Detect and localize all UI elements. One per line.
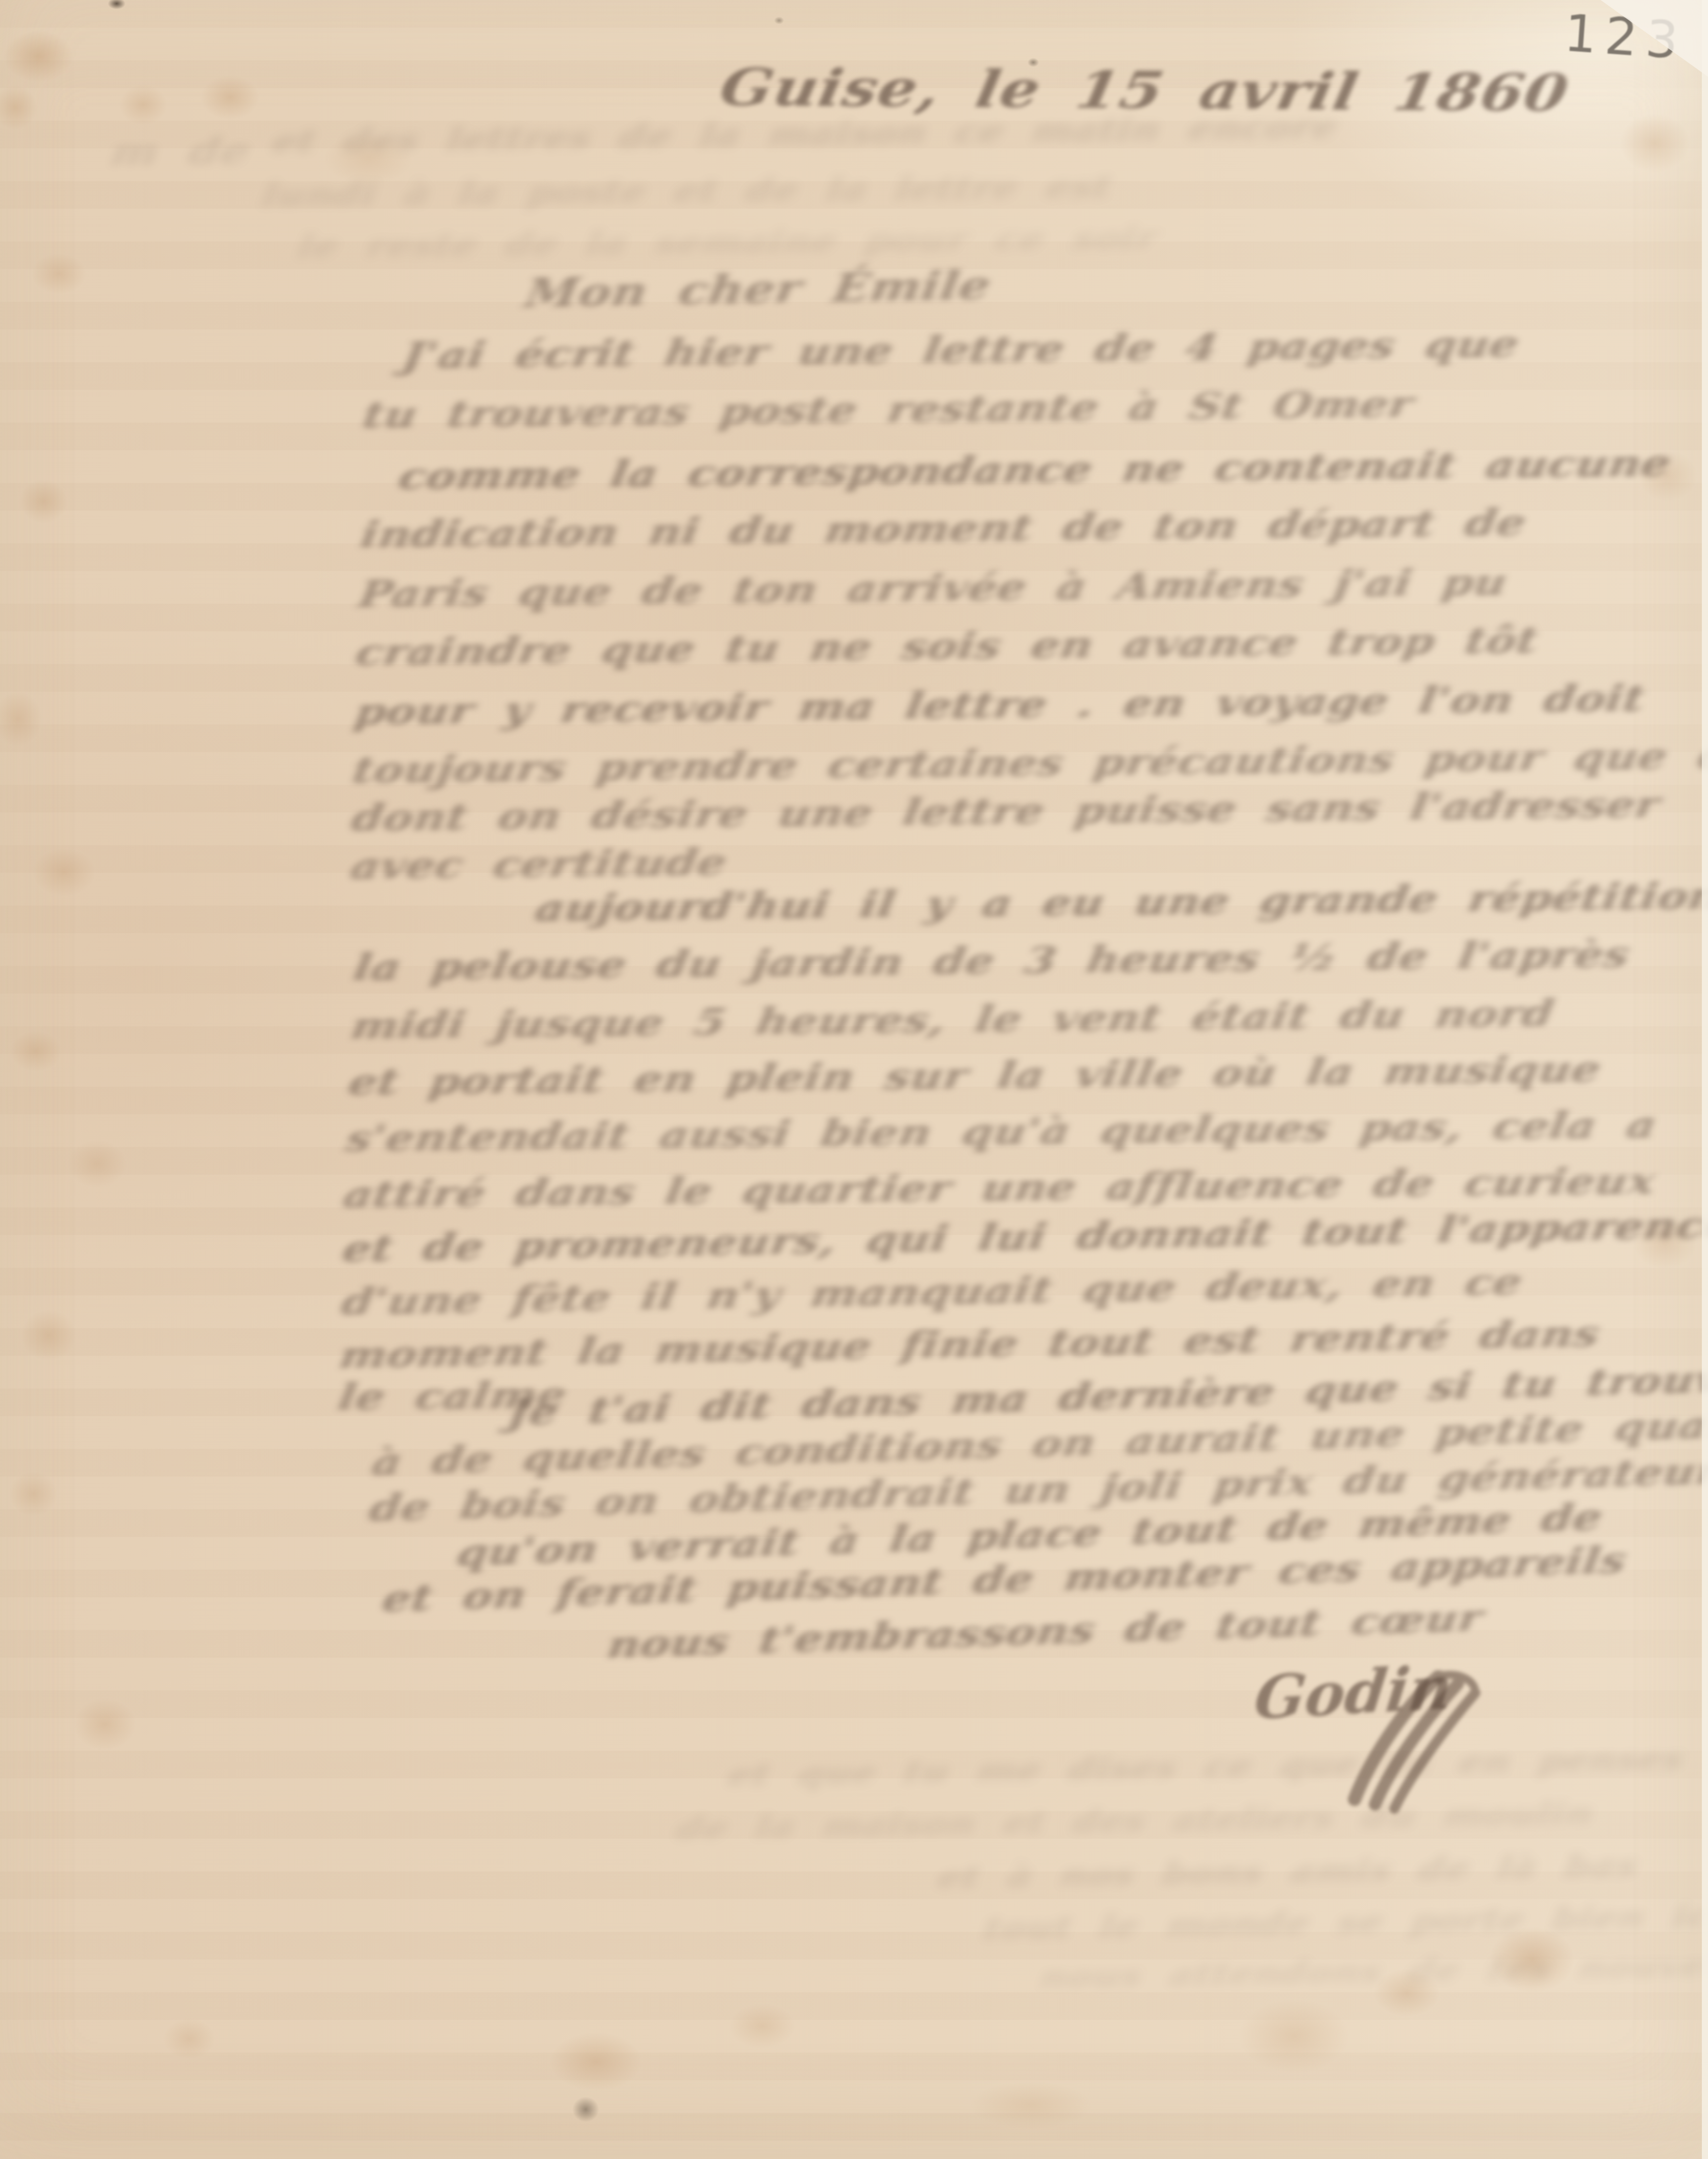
handwriting-line: et que tu me dises ce que tu en penses xyxy=(726,1741,1687,1793)
handwriting-line: nous attendons de tes nouvelles xyxy=(1038,1947,1708,1995)
handwriting-line: J'ai écrit hier une lettre de 4 pages qu… xyxy=(400,322,1522,377)
handwriting-line: tu trouveras poste restante à St Omer xyxy=(360,382,1416,437)
handwriting-line: pour y recevoir ma lettre . en voyage l'… xyxy=(352,676,1648,734)
handwriting-line: et des lettres de la maison ce matin enc… xyxy=(270,108,1340,160)
handwriting-line: indication ni du moment de ton départ de xyxy=(358,500,1529,556)
handwriting-line: d'une fête il n'y manquait que deux, en … xyxy=(339,1260,1525,1324)
handwriting-line: Paris que de ton arrivée à Amiens j'ai p… xyxy=(356,560,1511,616)
handwriting-line: la pelouse du jardin de 3 heures ½ de l'… xyxy=(351,932,1633,989)
handwriting-line: s'entendait aussi bien qu'à quelques pas… xyxy=(343,1103,1660,1160)
ink-layer: Guise, le 15 avril 1860m deet des lettre… xyxy=(0,0,1708,2159)
handwriting-line: toujours prendre certaines précautions p… xyxy=(350,733,1708,791)
handwriting-line: dont on désire une lettre puisse sans l'… xyxy=(349,782,1663,840)
handwriting-line: tout le monde se porte bien ici xyxy=(982,1898,1708,1947)
handwriting-line: le reste de la semaine pour ce soir xyxy=(296,218,1161,265)
handwriting-line: comme la correspondance ne contenait auc… xyxy=(396,441,1674,498)
handwriting-line: m de xyxy=(108,129,254,174)
handwriting-line: craindre que tu ne sois en avance trop t… xyxy=(353,618,1542,674)
handwriting-line: et portait en plein sur la ville où la m… xyxy=(346,1047,1604,1104)
paper-corner-wedge xyxy=(1601,0,1708,77)
handwriting-line: midi jusque 5 heures, le vent était du n… xyxy=(348,991,1558,1047)
handwriting-line: Mon cher Émile xyxy=(522,262,994,317)
handwriting-line: lundi à la poste et de la lettre est xyxy=(260,168,1115,214)
signature-paraph xyxy=(1330,1670,1504,1824)
letter-scan: Guise, le 15 avril 1860m deet des lettre… xyxy=(0,0,1708,2159)
paper-edge-highlight xyxy=(1702,0,1708,2159)
handwriting-line: et à nos bons amis de là bas xyxy=(936,1847,1640,1896)
handwriting-line: avec certitude xyxy=(348,840,730,888)
